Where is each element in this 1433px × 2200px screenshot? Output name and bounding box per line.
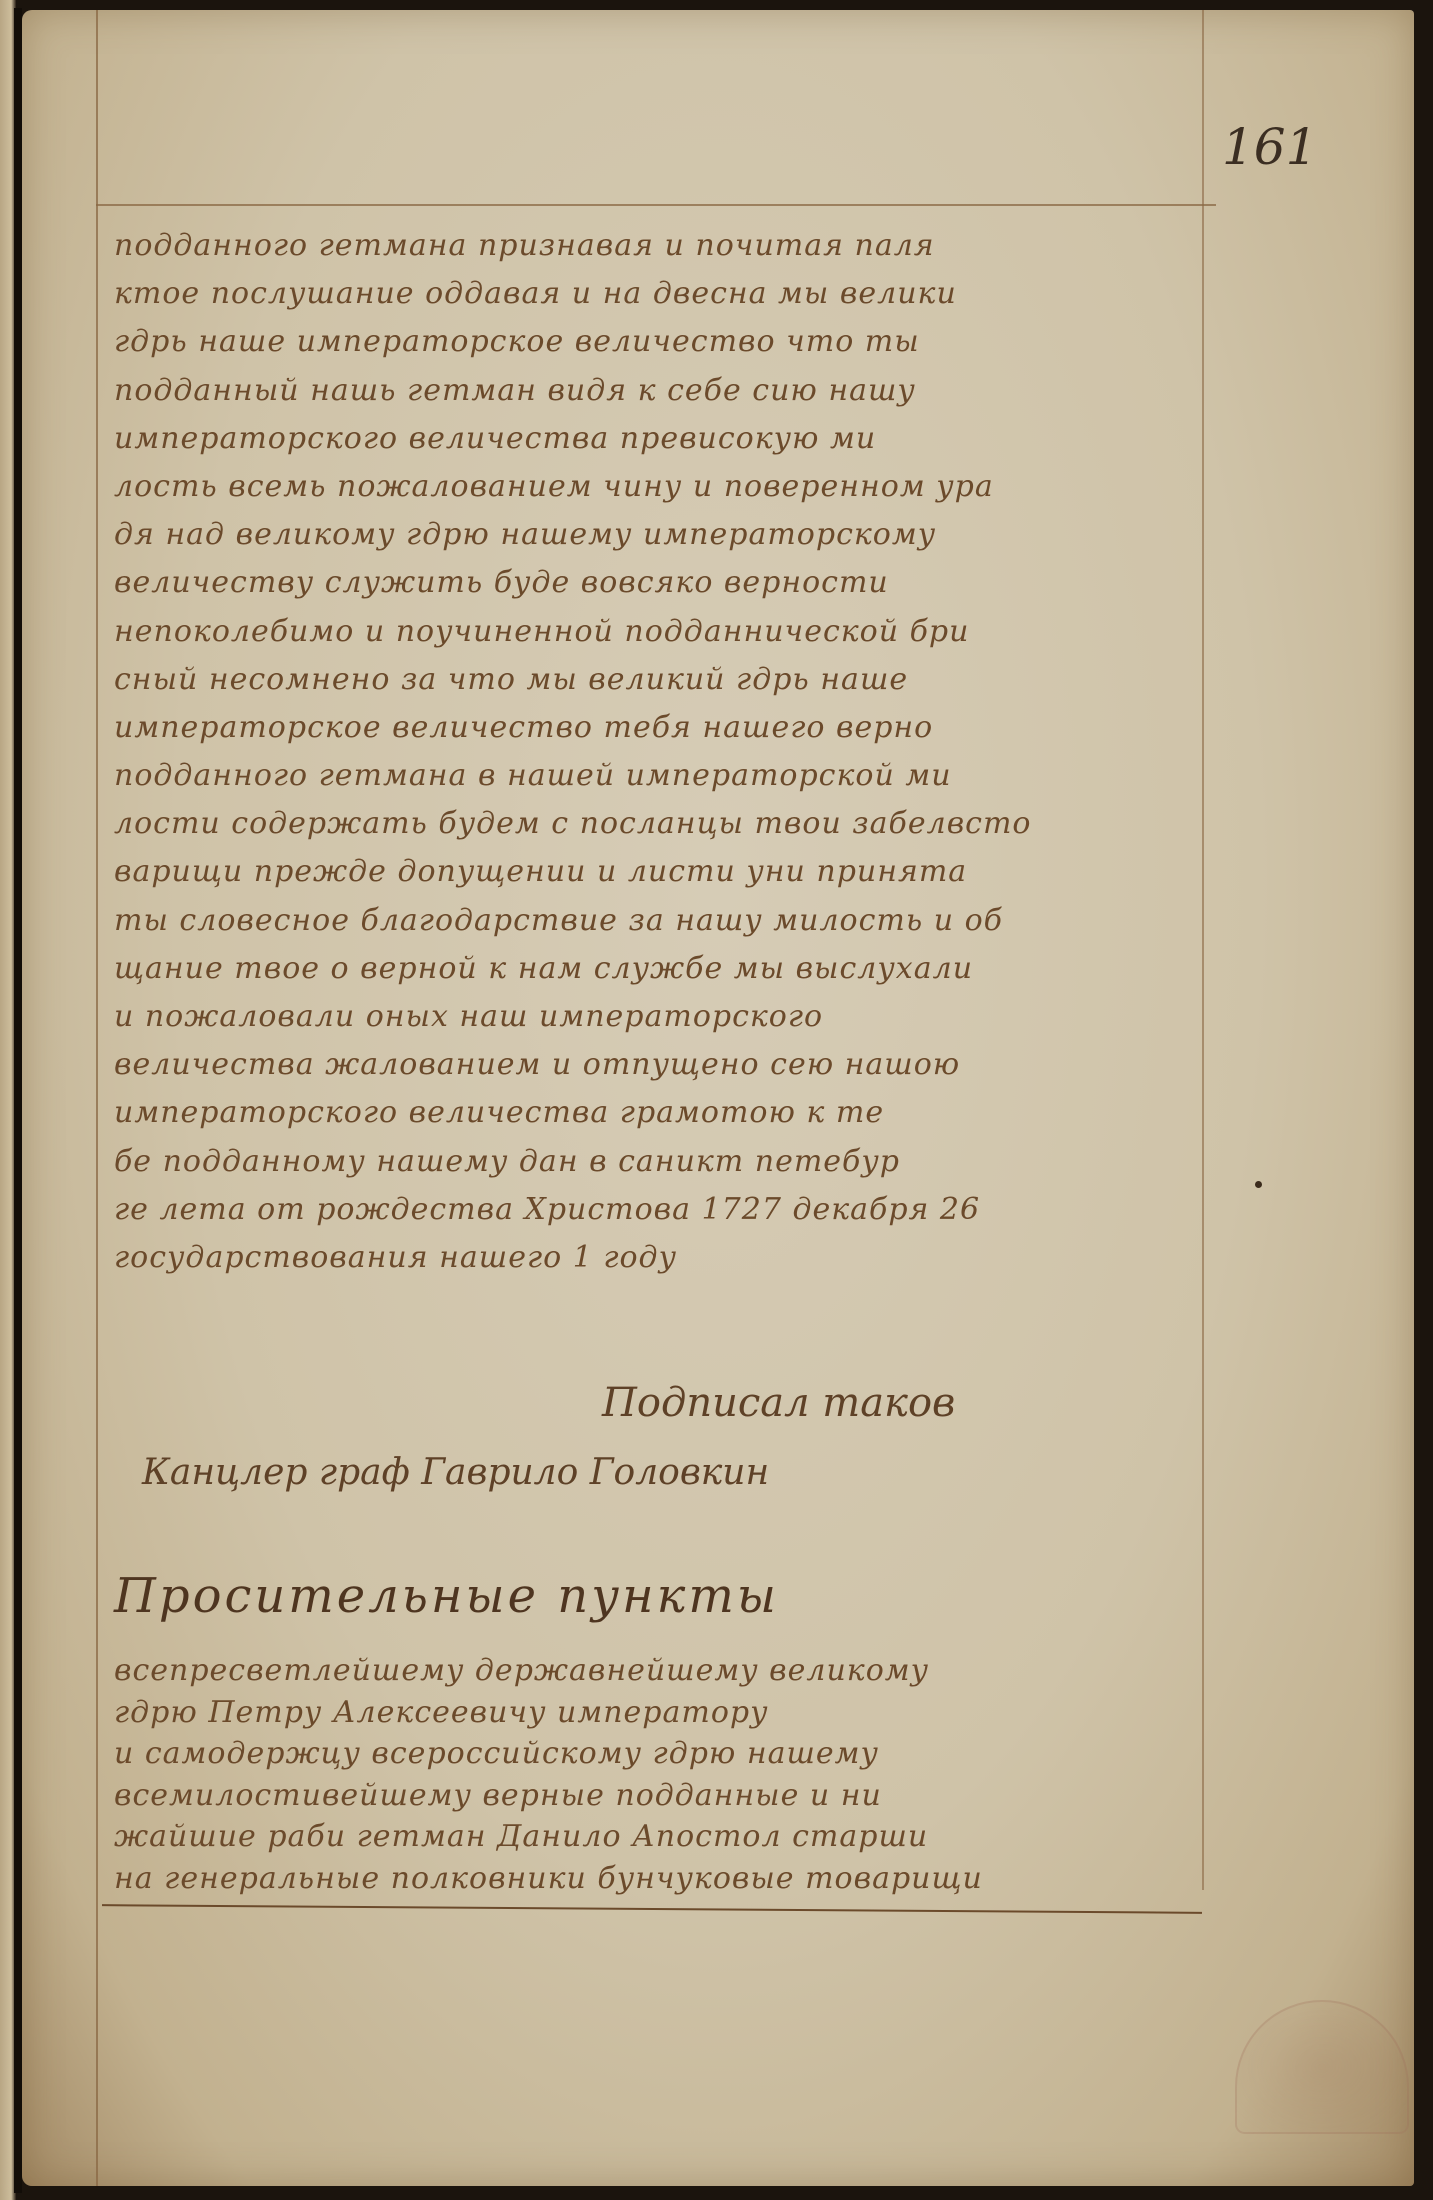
signature-label: Подписал таков — [602, 1380, 955, 1426]
text-line: императорского величества грамотою к те — [114, 1089, 1204, 1137]
text-line: и пожаловали оных наш императорского — [114, 993, 1204, 1041]
text-line: щание твое о верной к нам службе мы высл… — [114, 945, 1204, 993]
text-line: подданный нашь гетман видя к себе сию на… — [114, 367, 1204, 415]
text-line: императорское величество тебя нашего вер… — [114, 704, 1204, 752]
text-line: непоколебимо и поучиненной подданническо… — [114, 608, 1204, 656]
text-line: всепресветлейшему державнейшему великому — [114, 1650, 1204, 1692]
text-line: ктое послушание оддавая и на двесна мы в… — [114, 270, 1204, 318]
signatory-name: Канцлер граф Гаврило Головкин — [142, 1452, 769, 1493]
petition-text: всепресветлейшему державнейшему великому… — [114, 1650, 1204, 1899]
text-line: величества жалованием и отпущено сею наш… — [114, 1041, 1204, 1089]
top-margin-rule — [96, 204, 1216, 206]
section-heading: Просительные пункты — [114, 1568, 779, 1624]
left-margin-rule — [96, 10, 98, 2186]
text-line: гдрю Петру Алексеевичу императору — [114, 1692, 1204, 1734]
text-line: лость всемь пожалованием чину и поверенн… — [114, 463, 1204, 511]
text-line: подданного гетмана признавая и почитая п… — [114, 222, 1204, 270]
text-line: подданного гетмана в нашей императорской… — [114, 752, 1204, 800]
text-line: величеству служить буде вовсяко верности — [114, 559, 1204, 607]
text-line: жайшие раби гетман Данило Апостол старши — [114, 1816, 1204, 1858]
book-spine — [14, 8, 22, 2193]
text-line: лости содержать будем с посланцы твои за… — [114, 800, 1204, 848]
text-line: и самодержцу всероссийскому гдрю нашему — [114, 1733, 1204, 1775]
text-line: бе подданному нашему дан в саникт петебу… — [114, 1138, 1204, 1186]
text-line: варищи прежде допущении и листи уни прин… — [114, 848, 1204, 896]
text-line: гдрь наше императорское величество что т… — [114, 318, 1204, 366]
underline-rule — [102, 1904, 1202, 1914]
text-line: государствования нашего 1 году — [114, 1234, 1204, 1282]
text-line: всемилостивейшему верные подданные и ни — [114, 1775, 1204, 1817]
text-line: на генеральные полковники бунчуковые тов… — [114, 1858, 1204, 1900]
text-line: императорского величества превисокую ми — [114, 415, 1204, 463]
ink-dot — [1255, 1181, 1262, 1188]
text-line: дя над великому гдрю нашему императорско… — [114, 511, 1204, 559]
text-line: ты словесное благодарствие за нашу милос… — [114, 897, 1204, 945]
manuscript-page: 161 подданного гетмана признавая и почит… — [22, 10, 1414, 2186]
letter-body: подданного гетмана признавая и почитая п… — [114, 222, 1204, 1282]
folio-number: 161 — [1222, 118, 1317, 176]
text-line: ге лета от рождества Христова 1727 декаб… — [114, 1186, 1204, 1234]
text-line: сный несомнено за что мы великий гдрь на… — [114, 656, 1204, 704]
